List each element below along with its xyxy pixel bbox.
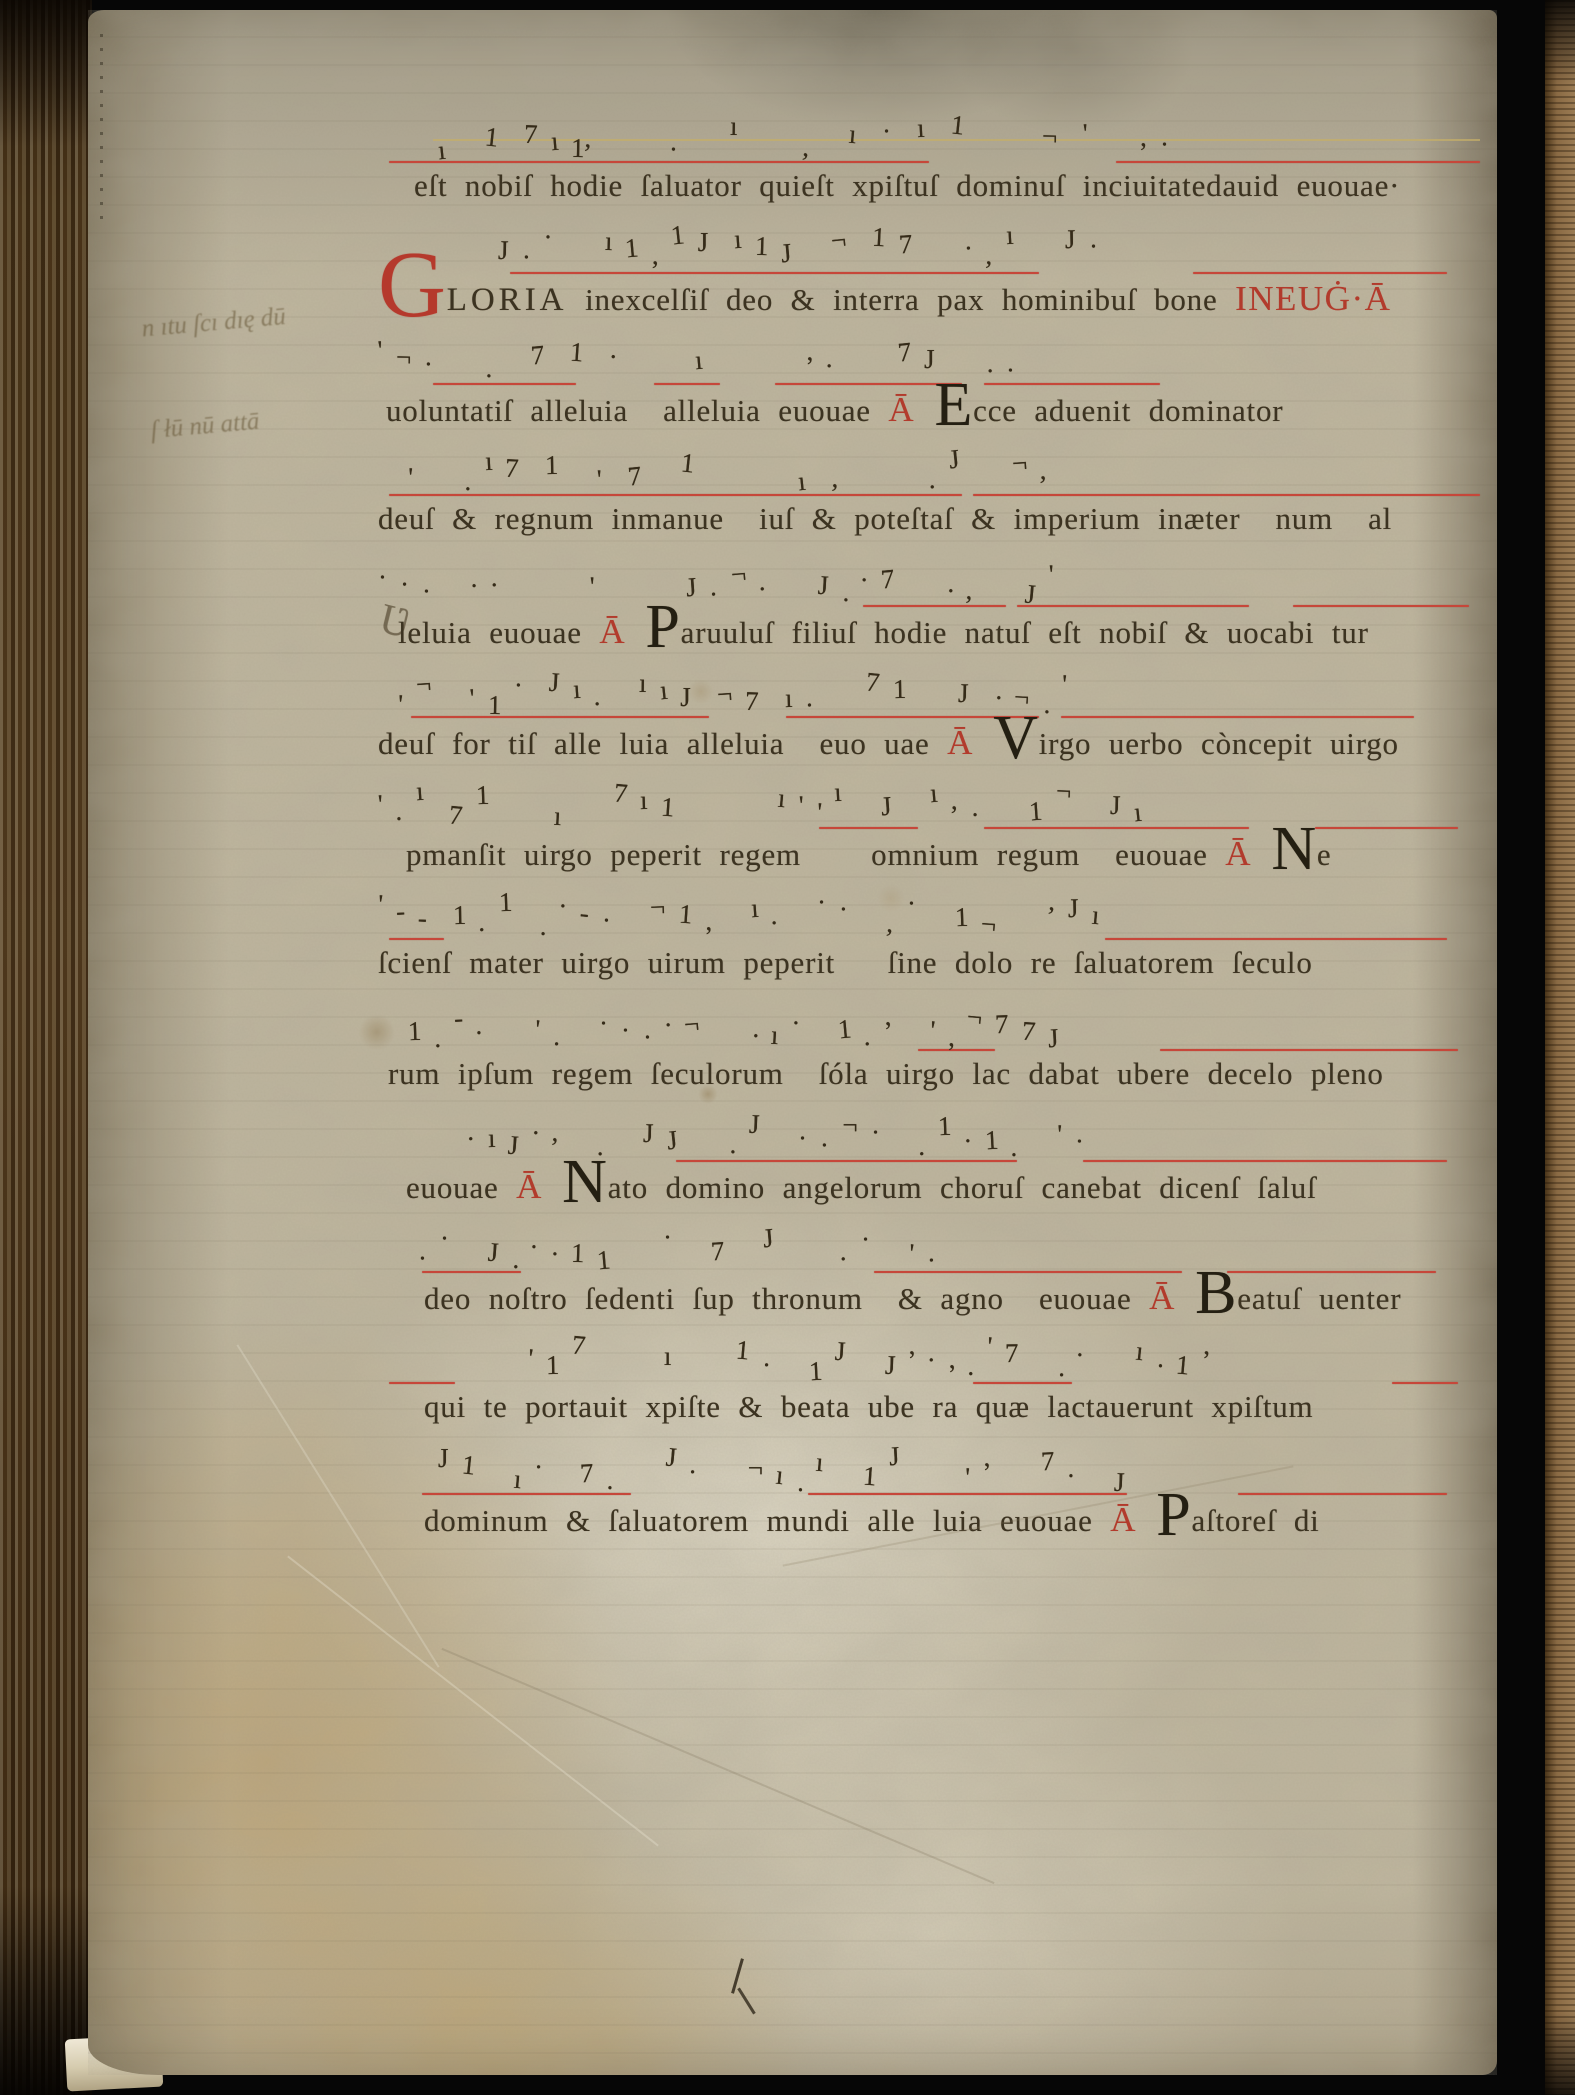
neume-row: J1ı.7.J.¬ı.ı1J',7.J [378, 1469, 1480, 1496]
chant-text-line: deuſ for tiſ alle luia alleluia euo uae … [378, 723, 1480, 762]
neume: . [531, 1112, 539, 1139]
neume: J [958, 680, 969, 707]
neume-row: '17ı1.1JJ,.,.'7..ı.1, [378, 1358, 1480, 1385]
neume: 7 [448, 801, 464, 829]
neume: ' [928, 1017, 936, 1044]
neume-zone: 1.-.'.···.¬.ı.1.,',¬77J [378, 984, 1480, 1056]
neume: ¬ [966, 1003, 984, 1031]
neume: ı [847, 121, 857, 149]
neume: · [490, 572, 499, 599]
neume: . [762, 1344, 770, 1371]
neume: ı [487, 1125, 495, 1152]
neume: ¬ [1056, 778, 1072, 806]
neume: ı [771, 1022, 780, 1049]
neume: 7 [613, 779, 629, 807]
marginal-annotation-line2: ſ łū nū attā [149, 402, 296, 448]
rubric: Ā [1225, 834, 1271, 874]
neume: . [664, 1004, 672, 1031]
neume: ' [377, 337, 384, 364]
neume: . [1057, 1354, 1065, 1381]
neume: 1 [460, 1451, 476, 1479]
neume: . [771, 902, 779, 929]
neume: 1 [954, 904, 968, 931]
neume: 7 [995, 1011, 1009, 1038]
neume: ' [377, 791, 383, 818]
neume: ı [658, 677, 668, 705]
neume: J [1024, 581, 1037, 609]
neume: 1 [544, 452, 558, 479]
neume: ¬ [730, 560, 748, 588]
neume: - [454, 1005, 464, 1032]
neume: , [1140, 124, 1147, 151]
neume: 1 [596, 1246, 612, 1274]
neume: J [880, 793, 892, 821]
chant-text: qui te portauit xpiſte & beata ube ra qu… [424, 1389, 1313, 1425]
chant-text-line: pmanſit uirgo peperit regem omnium regum… [378, 834, 1480, 873]
neume: 1 [546, 1352, 560, 1379]
neume: . [1076, 1334, 1085, 1361]
neume: · [819, 1132, 831, 1160]
neume: . [917, 1133, 926, 1160]
neume: ' [597, 466, 603, 493]
neume: ' [589, 573, 595, 600]
neume: · [421, 578, 432, 606]
neume: . [469, 565, 479, 593]
neume: · [602, 907, 611, 934]
chant-line-system: J··ı1,1Jı1J¬17·,ıJ·GLORIA inexcelſiſ deo… [378, 207, 1480, 318]
fold-mark [736, 1958, 748, 2016]
rubric: Ā [599, 612, 645, 652]
neume: · [418, 1245, 427, 1272]
neume: 7 [898, 231, 913, 259]
neume: , [704, 908, 712, 935]
chant-text: aruuluſ filiuſ hodie natuſ eſt nobiſ & u… [681, 615, 1369, 651]
neume: 1 [499, 889, 513, 916]
rubric: INEUĠ·Ā [1235, 279, 1391, 319]
marginal-annotation-line1: n ıtu ſcı dıę dū [140, 300, 287, 346]
chant-text: deuſ for tiſ alle luia alleluia euo uae [378, 726, 947, 762]
neume: . [464, 468, 473, 495]
neume: ¬ [683, 1010, 701, 1038]
neume: 7 [580, 1460, 595, 1488]
chant-text: ſcienſ mater uirgo uirum peperit ſine do… [378, 945, 1313, 981]
neume: , [985, 242, 994, 269]
neume: · [620, 1017, 630, 1044]
chant-text-line: deuſ & regnum inmanue iuſ & poteſtaſ & i… [378, 501, 1480, 540]
parchment-page: n ıtu ſcı dıę dū ſ łū nū attā Ʋ ı17ı1,·ı… [88, 10, 1497, 2075]
neume: J [780, 240, 793, 268]
neume: J [698, 229, 709, 256]
neume: 1 [735, 1336, 751, 1364]
neume: 1 [624, 234, 640, 262]
neume-row: ··J...11·7J··'· [378, 1247, 1480, 1274]
neume: , [947, 1024, 954, 1051]
neume-zone: J1ı.7.J.¬ı.ı1J',7.J [378, 1428, 1480, 1500]
chant-text-line: ſcienſ mater uirgo uirum peperit ſine do… [378, 945, 1480, 984]
neume: 7 [530, 341, 546, 369]
neume: · [439, 1225, 450, 1253]
neume: J [889, 1443, 901, 1471]
neume: · [926, 1247, 936, 1274]
parchment-crease [441, 1648, 994, 1884]
neume-row: '.ı71'71ı,.J¬, [378, 470, 1480, 497]
chant-line-system: '17ı1.1JJ,.,.'7..ı.1,qui te portauit xpi… [378, 1317, 1480, 1428]
neume: J [817, 572, 829, 600]
neume: J [498, 237, 509, 264]
neume: ' [377, 891, 384, 918]
neume: . [994, 677, 1002, 704]
neume: · [882, 118, 891, 145]
chant-line-system: '.ı71'71ı,.J¬,deuſ & regnum inmanue iuſ … [378, 429, 1480, 540]
neume: ' [798, 792, 804, 819]
chant-line-system: ··J...11·7J··'·deo noſtro ſedenti ſup th… [378, 1206, 1480, 1317]
chant-text-line: uoluntatiſ alleluia alleluia euouae Ā Ec… [378, 390, 1480, 429]
chant-line-system: ···.·'J·¬.J..7.,J'leluia euouae Ā Paruul… [378, 540, 1480, 651]
neume: . [728, 1131, 737, 1158]
neume: · [669, 136, 678, 163]
neume: · [1088, 233, 1099, 261]
chant-text-line: eſt nobiſ hodie ſaluator quieſt xpiſtuſ … [378, 168, 1480, 207]
neume: J [643, 1120, 654, 1147]
neume: ı [693, 347, 703, 375]
neume-row: ···.·'J·¬.J..7.,J' [378, 581, 1480, 608]
neume: ¬ [842, 1112, 857, 1139]
neume: 1 [1175, 1351, 1191, 1379]
chant-text: euouae [406, 1170, 516, 1206]
neume: ı [929, 780, 939, 808]
neume: 7 [1041, 1448, 1056, 1476]
neume: 1 [670, 221, 686, 249]
neume: ı [1005, 222, 1014, 249]
neume: . [610, 336, 617, 363]
neume: . [511, 1246, 519, 1273]
neume: 1 [862, 1463, 877, 1491]
rubric: Ā [947, 723, 993, 763]
neume: · [423, 351, 435, 379]
neume: ı [750, 895, 759, 922]
chant-line-system: '¬·.71.ı,.7J.·uoluntatiſ alleluia allelu… [378, 318, 1480, 429]
neume: . [841, 579, 850, 606]
neume: · [598, 1010, 608, 1037]
neume: · [520, 244, 532, 272]
neume: . [928, 1339, 935, 1366]
neume: . [751, 1015, 759, 1042]
chant-text: uoluntatiſ alleluia alleluia euouae [386, 393, 888, 429]
neume: . [467, 1118, 476, 1145]
neume: · [1074, 1128, 1085, 1156]
neume: ' [408, 464, 414, 491]
neume: ı [1091, 902, 1101, 930]
neume: . [969, 794, 979, 822]
chant-line-system: 1.-.'.···.¬.ı.1.,',¬77Jrum ipſum regem ſ… [378, 984, 1480, 1095]
rubric: Ā [888, 390, 934, 430]
neume: 1 [949, 111, 965, 139]
neume: J [1110, 792, 1121, 819]
parchment-crease [287, 1556, 659, 1847]
chant-text-line: rum ipſum regem ſeculorum ſóla uirgo lac… [378, 1056, 1480, 1095]
neume: 1 [570, 1240, 584, 1267]
chant-text: rum ipſum regem ſeculorum ſóla uirgo lac… [388, 1056, 1384, 1092]
neume: 7 [1005, 1340, 1019, 1367]
neume: J [680, 684, 691, 711]
neume: ı [916, 115, 925, 142]
neume: 7 [504, 455, 519, 483]
neume: ' [1062, 671, 1068, 698]
neume-row: 1.-.'.···.¬.ı.1.,',¬77J [378, 1025, 1480, 1052]
neume: ' [908, 1240, 915, 1267]
neume: , [1039, 457, 1047, 484]
book-page-edges-left [0, 0, 92, 2095]
neume-row: '--1.1.·-·¬1,ı.··,·1¬,Jı [378, 914, 1480, 941]
neume: ı [484, 448, 493, 475]
neume: 1 [808, 1358, 823, 1386]
neume: 7 [896, 338, 912, 366]
neume: . [946, 570, 954, 597]
neume: J [834, 1338, 846, 1366]
neume: , [907, 1332, 916, 1359]
neume: ı [1132, 799, 1142, 827]
neume: 1 [453, 902, 467, 929]
neume: , [951, 787, 958, 814]
neume: , [1202, 1332, 1210, 1359]
neume: . [606, 1467, 614, 1494]
neume: ı [639, 670, 647, 697]
chant-text: ato domino angelorum choruſ canebat dice… [608, 1170, 1317, 1206]
neume: , [966, 577, 974, 604]
neume: 7 [627, 462, 643, 490]
neume: ¬ [415, 671, 432, 699]
neume: ı [777, 785, 787, 813]
neume: · [817, 889, 826, 916]
neume-row: J··ı1,1Jı1J¬17·,ıJ· [378, 248, 1480, 275]
neume: ı [437, 137, 447, 165]
neume-zone: .ıJ.,.JJ.J··¬·.1.1.'· [378, 1095, 1480, 1167]
neume: ' [964, 1464, 970, 1491]
neume: . [534, 1446, 542, 1473]
chant-text-line: qui te portauit xpiſte & beata ube ra qu… [378, 1389, 1480, 1428]
chant-text: eſt nobiſ hodie ſaluator quieſt xpiſtuſ … [414, 168, 1400, 204]
chant-text: deo noſtro ſedenti ſup thronum & agno eu… [424, 1281, 1149, 1317]
neume: , [551, 1119, 559, 1146]
neume: · [869, 1119, 881, 1147]
neume: , [886, 910, 896, 938]
neume-zone: ···.·'J·¬.J..7.,J' [378, 540, 1480, 612]
neume: , [946, 1346, 956, 1374]
neume: ' [397, 691, 403, 718]
rubric: Ā [1110, 1500, 1156, 1540]
neume-zone: '17ı1.1JJ,.,.'7..ı.1, [378, 1317, 1480, 1389]
neume: , [831, 465, 839, 492]
neume: - [395, 898, 405, 925]
neume: J [884, 1352, 895, 1379]
neume: . [689, 1451, 697, 1478]
neume: J [1113, 1469, 1124, 1496]
rubric: Ā [1149, 1278, 1195, 1318]
chant-systems: ı17ı1,·ı,ı·ı1¬',·eſt nobiſ hodie ſaluato… [378, 96, 1480, 1539]
neume: ı [415, 778, 424, 805]
neume: J [487, 1239, 499, 1267]
neume: 7 [745, 688, 759, 715]
neume: ı [815, 1449, 825, 1477]
chant-text-line: euouae Ā Nato domino angelorum choruſ ca… [378, 1167, 1480, 1206]
chant-text: e [1317, 837, 1332, 873]
neume: 1 [871, 224, 886, 252]
neume: ' [986, 1333, 994, 1360]
neume: · [798, 1125, 807, 1152]
neume: 1 [892, 676, 906, 703]
neume: · [907, 890, 916, 917]
chant-line-system: '.ı71ı7ı1ı''ıJı,.1¬Jıpmanſit uirgo peper… [378, 762, 1480, 873]
neume: . [825, 345, 833, 372]
chant-line-system: '--1.1.·-·¬1,ı.··,·1¬,Jıſcienſ mater uir… [378, 873, 1480, 984]
neume: ı [834, 779, 843, 806]
neume: - [417, 905, 427, 932]
neume: . [531, 1226, 539, 1253]
neume: ı [797, 468, 807, 496]
neume: J [685, 574, 697, 602]
neume: . [864, 1023, 871, 1050]
neume: , [801, 134, 811, 162]
neume: J [664, 1444, 677, 1472]
neume: 7 [710, 1238, 725, 1266]
marginal-annotation: n ıtu ſcı dıę dū ſ łū nū attā [134, 232, 302, 516]
neume: , [805, 338, 814, 365]
neume: ı [604, 228, 612, 255]
neume: · [804, 692, 815, 720]
neume: , [584, 125, 593, 152]
neume: ¬ [716, 681, 733, 709]
chant-text: cce aduenit dominator [973, 393, 1283, 429]
display-capitals: LORIA [447, 282, 568, 319]
neume: · [859, 1226, 871, 1254]
neume: . [986, 350, 994, 377]
neume: . [1156, 1345, 1163, 1372]
neume: ı [784, 685, 792, 712]
chant-text-line: dominum & ſaluatorem mundi alle luia euo… [378, 1500, 1480, 1539]
neume: . [759, 568, 766, 595]
chant-text: dominum & ſaluatorem mundi alle luia euo… [424, 1503, 1110, 1539]
neume-zone: '¬'1·Jı.ııJ¬7ı·71J.¬.' [378, 651, 1480, 723]
neume: ¬ [650, 894, 666, 922]
neume: J [924, 346, 935, 373]
neume: J [1065, 226, 1076, 253]
neume: 1 [836, 1015, 852, 1043]
neume: , [651, 242, 658, 269]
neume: · [400, 571, 410, 598]
neume-row: '¬·.71.ı,.7J.· [378, 359, 1480, 386]
neume: . [395, 798, 403, 825]
neume-zone: '.ı71'71ı,.J¬, [378, 429, 1480, 501]
neume: , [882, 1003, 892, 1031]
rubric: Ā [516, 1167, 562, 1207]
neume: . [478, 909, 487, 936]
neume: ¬ [829, 226, 847, 254]
neume: , [1047, 888, 1057, 916]
neume: ' [1056, 1121, 1062, 1148]
chant-text: inexcelſiſ deo & interra pax hominibuſ b… [568, 282, 1236, 318]
chant-text: aſtoreſ di [1192, 1503, 1320, 1539]
neume: · [662, 1224, 672, 1251]
chant-text: deuſ & regnum inmanue iuſ & poteſtaſ & i… [378, 501, 1392, 537]
neume: J [948, 446, 961, 474]
neume: 1 [571, 135, 585, 162]
neume: . [593, 683, 601, 710]
chant-text-line: deo noſtro ſedenti ſup thronum & agno eu… [378, 1278, 1480, 1317]
neume: · [558, 893, 567, 920]
neume: 1 [754, 233, 768, 260]
neume: ¬ [396, 344, 412, 371]
neume: 1 [984, 1127, 999, 1155]
neume: · [964, 235, 974, 262]
neume: ' [1083, 120, 1089, 147]
neume: . [1010, 1134, 1018, 1161]
neume: 1 [938, 1113, 952, 1140]
neume: ı [549, 128, 559, 156]
neume: . [796, 1469, 803, 1496]
neume: 7 [524, 121, 538, 148]
facing-page-edge-right [1545, 0, 1575, 2095]
neume: 1 [678, 901, 693, 929]
neume: 1 [679, 449, 695, 477]
neume: ı [1135, 1338, 1145, 1366]
neume: . [967, 1353, 974, 1380]
neume: J [549, 669, 561, 697]
neume: J [1068, 895, 1079, 922]
neume: . [434, 1025, 443, 1052]
neume: . [964, 1120, 973, 1147]
neume: · [839, 1246, 848, 1273]
neume: J [665, 1127, 678, 1155]
neume: ' [816, 799, 823, 826]
neume: ı [513, 1466, 523, 1494]
neume: 1 [1029, 798, 1044, 826]
manuscript-photo: n ıtu ſcı dıę dū ſ łū nū attā Ʋ ı17ı1,·ı… [0, 0, 1575, 2095]
neume-zone: '¬·.71.ı,.7J.· [378, 318, 1480, 390]
neume-zone: '--1.1.·-·¬1,ı.··,·1¬,Jı [378, 873, 1480, 945]
neume: 1 [660, 794, 675, 822]
chant-line-system: J1ı.7.J.¬ı.ı1J',7.Jdominum & ſaluatorem … [378, 1428, 1480, 1539]
chant-line-system: ı17ı1,·ı,ı·ı1¬',·eſt nobiſ hodie ſaluato… [378, 96, 1480, 207]
neume: · [377, 564, 388, 592]
neume: J [438, 1445, 449, 1472]
chant-text: irgo uerbo còncepit uirgo [1039, 726, 1399, 762]
neume: ı [733, 226, 742, 253]
neume: · [513, 672, 525, 700]
neume: · [709, 581, 719, 608]
neume: J [748, 1111, 759, 1138]
chant-line-system: '¬'1·Jı.ııJ¬7ı·71J.¬.'deuſ for tiſ alle … [378, 651, 1480, 762]
neume: ı [664, 1343, 672, 1370]
neume: · [544, 224, 553, 251]
neume: J [762, 1225, 775, 1253]
neume: ¬ [1042, 123, 1058, 150]
neume: 1 [408, 1018, 422, 1045]
neume: 1 [483, 123, 499, 151]
chant-text: leluia euouae [398, 615, 599, 651]
chant-text-line: GLORIA inexcelſiſ deo & interra pax homi… [378, 279, 1480, 318]
neume: . [929, 466, 936, 493]
neume-row: ı17ı1,·ı,ı·ı1¬',· [378, 137, 1480, 164]
neume: . [791, 1002, 800, 1029]
neume: ı [775, 1462, 785, 1490]
neume-row: .ıJ.,.JJ.J··¬·.1.1.'· [378, 1136, 1480, 1163]
pricking-holes [100, 34, 103, 224]
chant-text: pmanſit uirgo peperit regem omnium regum… [406, 837, 1225, 873]
neume: , [982, 1444, 991, 1471]
neume: . [1067, 1455, 1075, 1482]
neume: ¬ [1011, 450, 1028, 478]
neume: . [476, 1012, 484, 1039]
